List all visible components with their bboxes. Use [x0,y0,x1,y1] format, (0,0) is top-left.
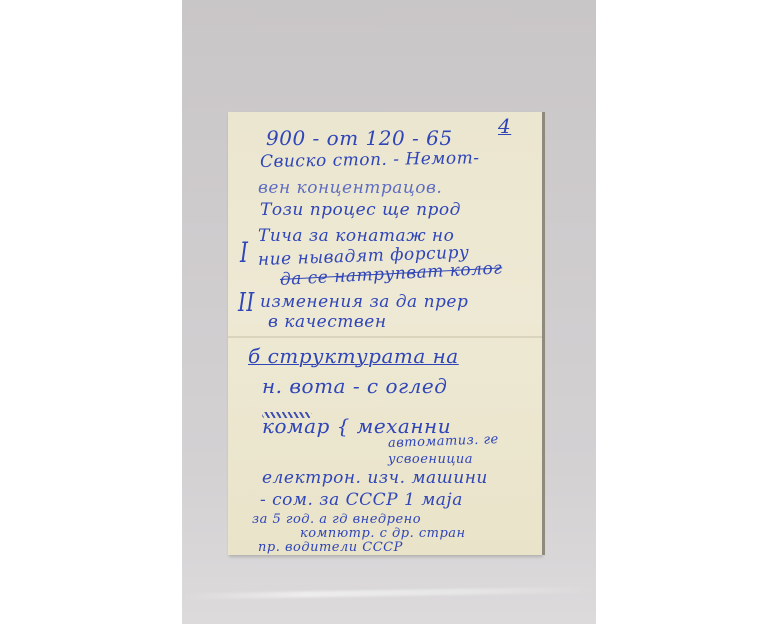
note-line-4: Този процес ще прод [260,200,461,220]
document-photograph: 4 I II 900 - от 120 - 65 Свиско стоп. - … [182,0,596,624]
note-line-18: компютр. с др. стран [300,526,466,541]
note-line-11: н. вота - с оглед [262,374,447,398]
photo-viewer: 4 I II 900 - от 120 - 65 Свиско стоп. - … [0,0,780,624]
note-line-16: - сом. за СССР 1 маја [260,490,463,510]
note-line-1: 900 - от 120 - 65 [266,126,453,150]
background-fold-crease [182,586,596,599]
paper-fold-line [228,336,542,338]
note-line-15: електрон. изч. машини [262,468,488,488]
paper-edge-shadow [542,112,545,555]
note-line-17: за 5 год. а гд внедрено [252,512,421,527]
handwritten-note-paper: 4 I II 900 - от 120 - 65 Свиско стоп. - … [228,112,542,555]
note-line-9: в качествен [268,312,387,332]
page-number: 4 [498,114,511,138]
note-line-5: Тича за конатаж но [258,226,454,246]
note-line-13: автоматиз. ге [388,432,499,451]
note-line-14: усвоенициа [388,452,473,467]
note-line-2: Свиско стоп. - Немот- [260,148,480,172]
note-line-10: б структурата на [248,344,459,368]
margin-mark-roman-two: II [238,286,255,317]
note-line-3: вен концентрацов. [258,178,442,198]
note-line-8: изменения за да прер [260,292,468,312]
margin-mark-roman-one: I [240,235,248,269]
note-line-19: пр. водители СССР [258,540,403,555]
